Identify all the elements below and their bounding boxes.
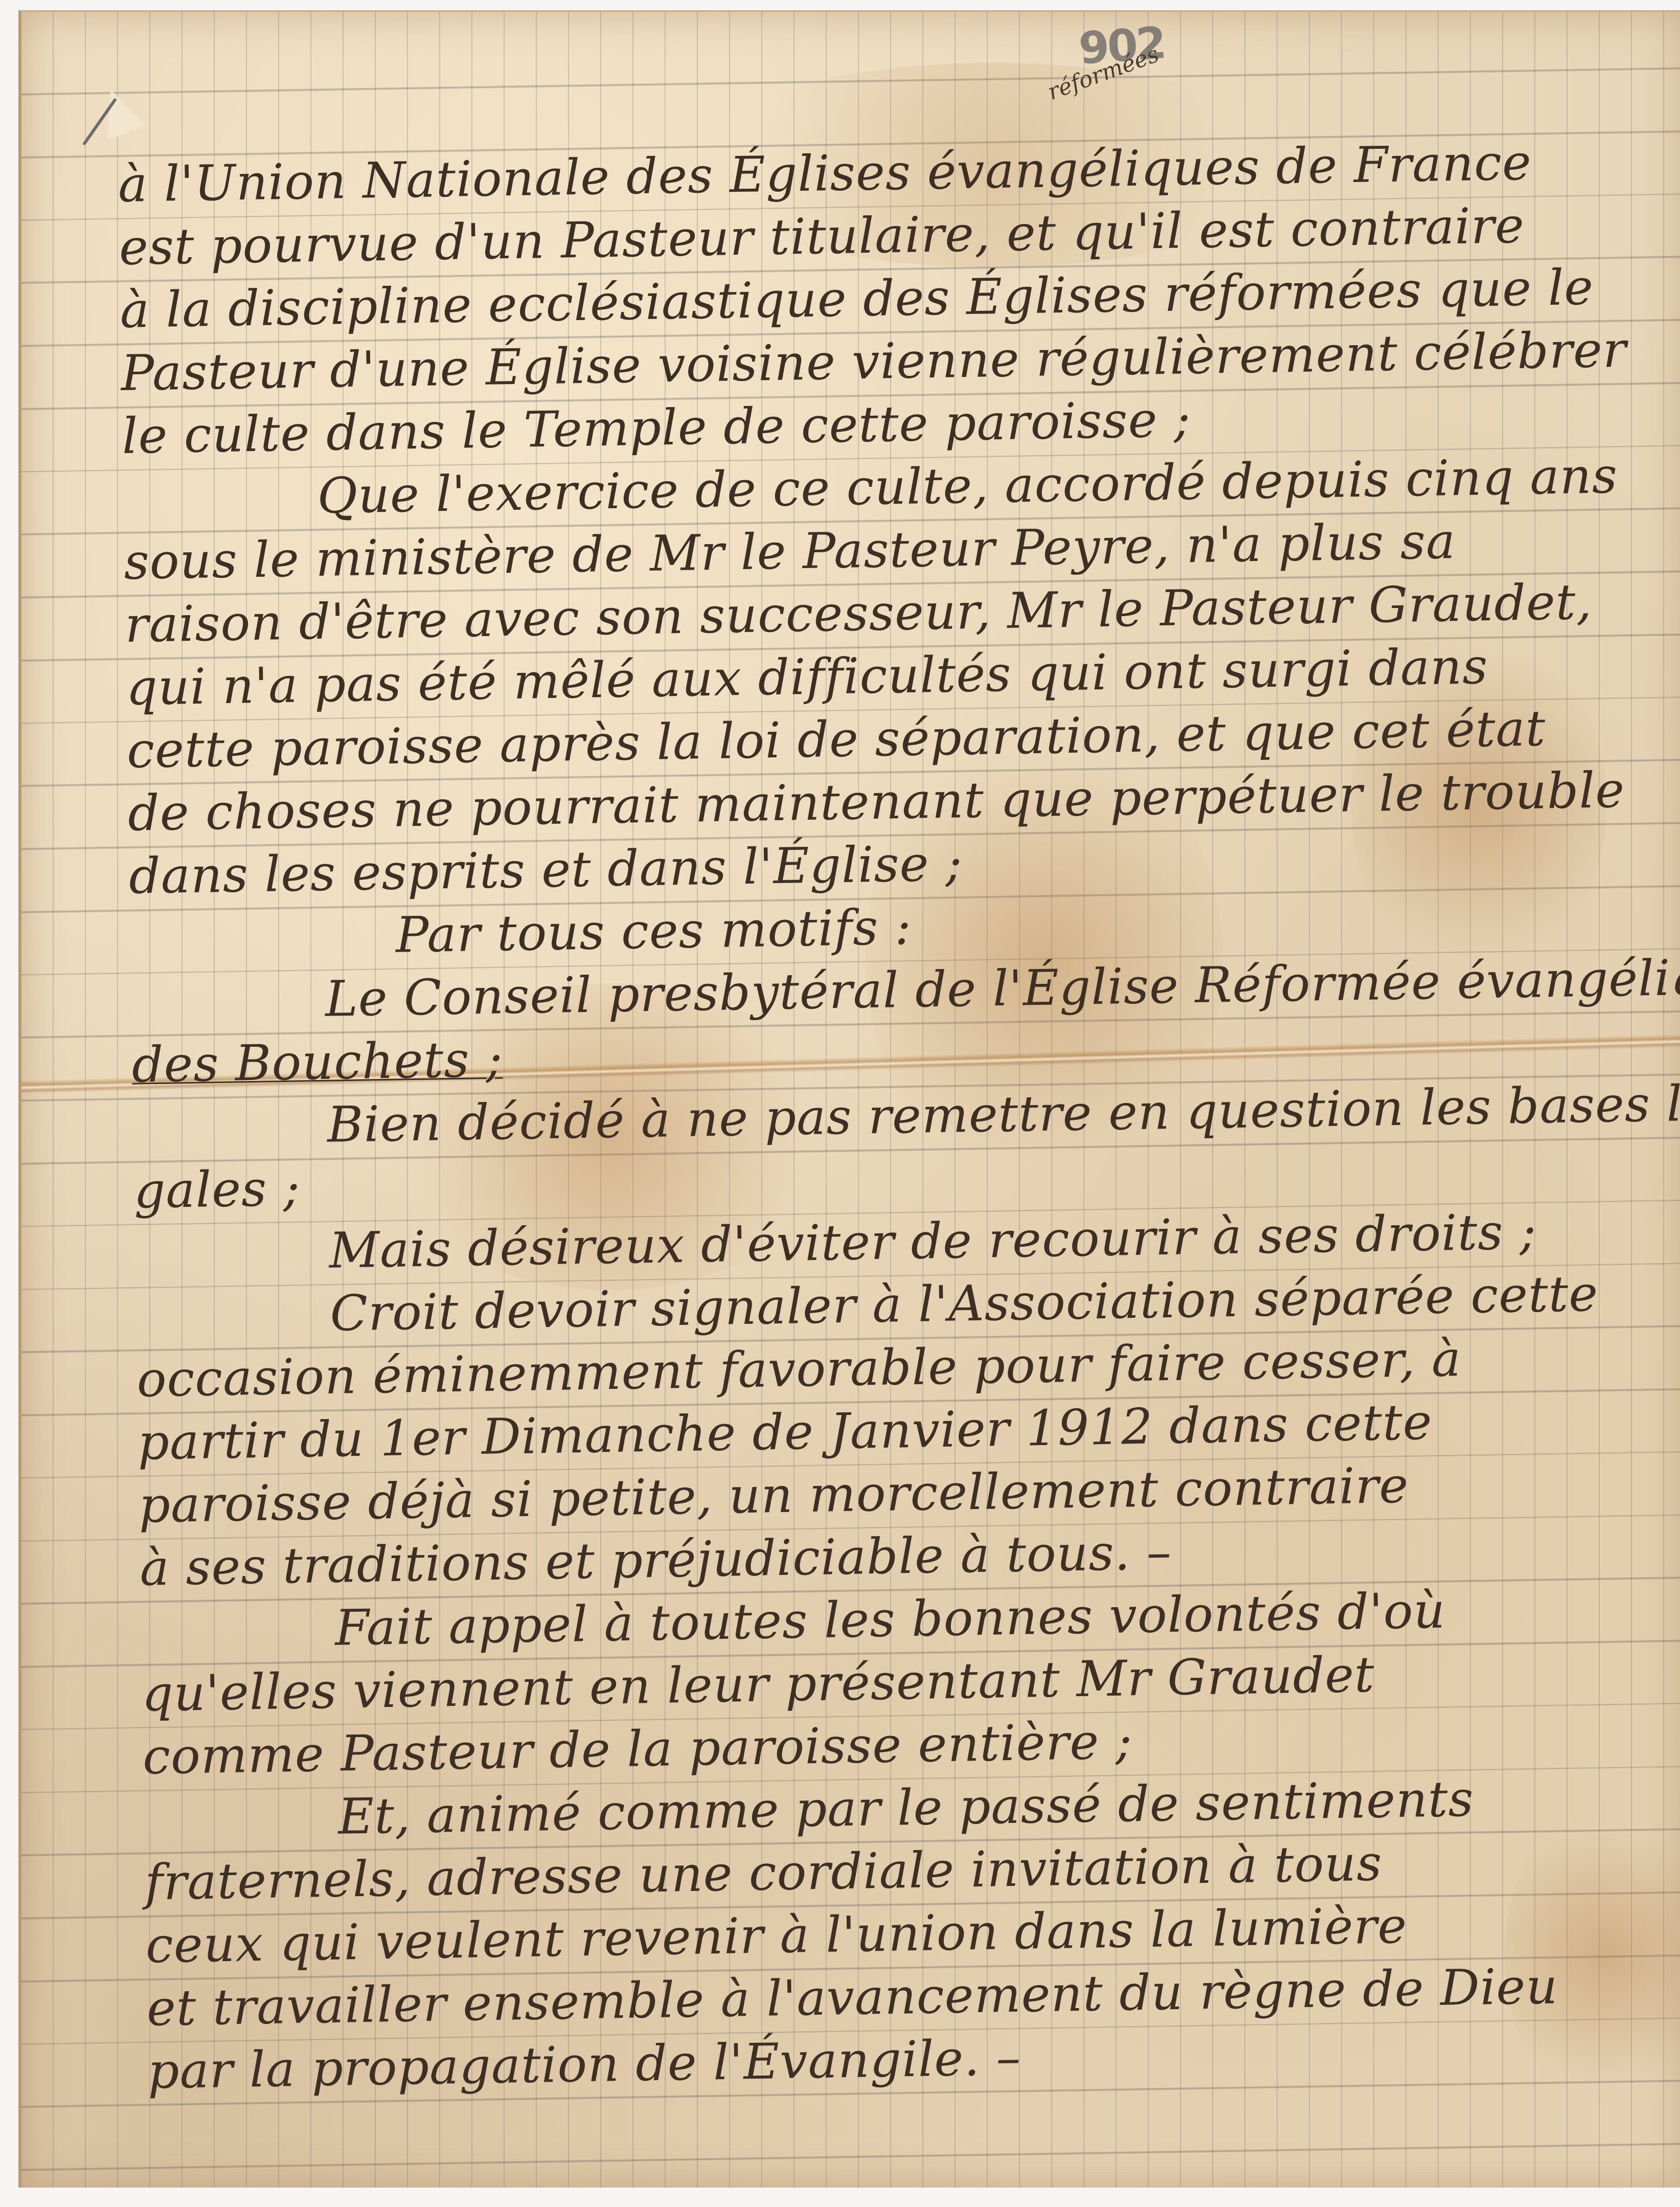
handwritten-text: à l'Union Nationale des Églises évangéli…: [118, 129, 1677, 2103]
